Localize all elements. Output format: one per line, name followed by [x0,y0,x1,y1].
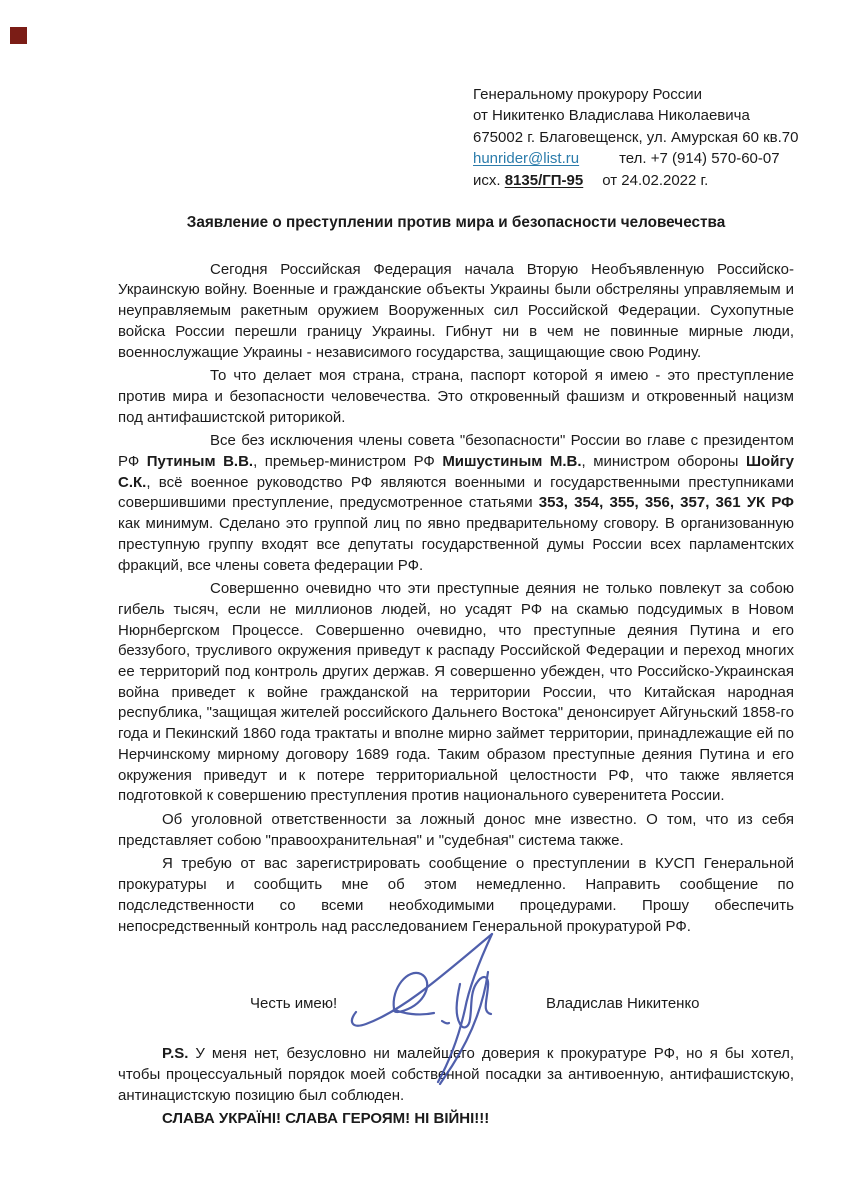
header-contact-row: hunrider@list.ruтел. +7 (914) 570-60-07 [473,148,798,169]
paragraph-2: То что делает моя страна, страна, паспор… [118,366,794,428]
ref-number: 8135/ГП-95 [505,172,584,189]
email-link[interactable]: hunrider@list.ru [473,150,579,167]
signature-closing: Честь имею! [250,994,337,1015]
paragraph-6: Я требую от вас зарегистрировать сообщен… [118,854,794,937]
header-address: 675002 г. Благовещенск, ул. Амурская 60 … [473,127,798,148]
signature-row: Честь имею! Владислав Никитенко [118,940,794,1044]
paragraph-5: Об уголовной ответственности за ложный д… [118,810,794,851]
corner-marker [10,27,27,44]
phone-number: тел. +7 (914) 570-60-07 [619,150,779,167]
paragraph-4: Совершенно очевидно что эти преступные д… [118,579,794,807]
signature-name: Владислав Никитенко [546,994,700,1015]
letter-header: Генеральному прокурору России от Никитен… [473,84,798,191]
document-page: Генеральному прокурору России от Никитен… [0,0,843,1192]
slogan-line: СЛАВА УКРАЇНІ! СЛАВА ГЕРОЯМ! НІ ВІЙНІ!!! [118,1109,794,1130]
postscript: P.S. У меня нет, безусловно ни малейшего… [118,1044,794,1106]
ref-date: от 24.02.2022 г. [602,172,708,189]
header-sender: от Никитенко Владислава Николаевича [473,105,798,126]
header-ref-row: исх. 8135/ГП-95от 24.02.2022 г. [473,170,798,191]
letter-body: Заявление о преступлении против мира и б… [118,213,794,1130]
header-recipient: Генеральному прокурору России [473,84,798,105]
page-title: Заявление о преступлении против мира и б… [118,213,794,234]
ref-label: исх. [473,172,505,189]
paragraph-3: Все без исключения члены совета "безопас… [118,431,794,576]
paragraph-1: Сегодня Российская Федерация начала Втор… [118,260,794,364]
